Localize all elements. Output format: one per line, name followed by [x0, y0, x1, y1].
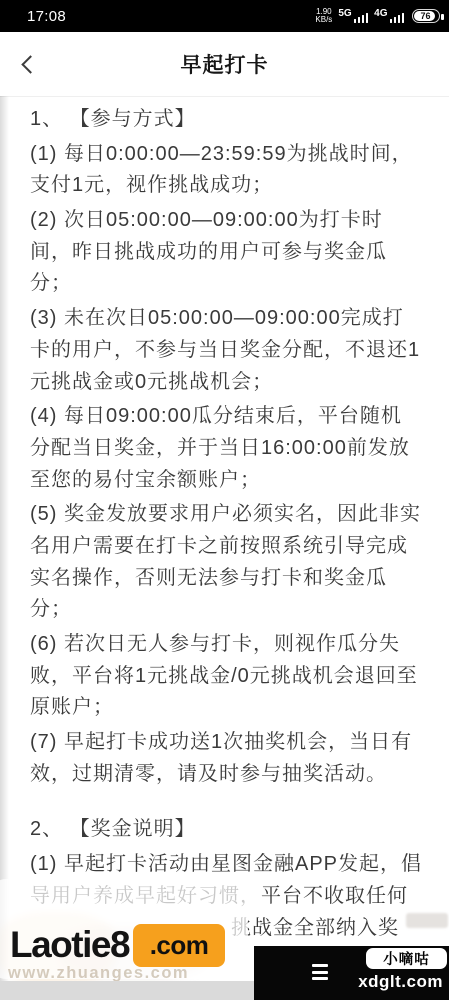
signal-bar — [390, 19, 393, 23]
text-line: 支付1元，视作挑战成功； — [30, 170, 430, 202]
battery-icon: 76 — [412, 9, 440, 23]
signal-bar — [358, 17, 361, 23]
rules-section: 1、 【参与方式】(1) 每日0:00:00—23:59:59为挑战时间，支付1… — [30, 104, 430, 790]
signal-bar — [394, 17, 397, 23]
text-line: 间，昨日挑战成功的用户可参与奖金瓜 — [30, 237, 430, 269]
text-line: 至您的易付宝余额账户； — [30, 465, 430, 497]
xiaodigu-name-bubble: 小嘀咕 — [366, 948, 447, 969]
hamburger-bar — [312, 964, 328, 967]
text-line: 元挑战金或0元挑战机会； — [30, 367, 430, 399]
text-line: (2) 次日05:00:00—09:00:00为打卡时 — [30, 205, 430, 237]
sim2-signal: 4G — [374, 8, 404, 25]
text-line: (7) 早起打卡成功送1次抽奖机会，当日有 — [30, 727, 430, 759]
status-icons: 1.90 KB/s 5G 4G — [315, 8, 440, 25]
laotie8-com-badge: .com — [133, 924, 225, 967]
screenshot-frame: 17:08 1.90 KB/s 5G 4G — [0, 0, 449, 1000]
paragraph: (4) 每日09:00:00瓜分结束后，平台随机分配当日奖金，并于当日16:00… — [30, 401, 430, 496]
text-line: 效，过期清零，请及时参与抽奖活动。 — [30, 759, 430, 791]
text-line: 实名操作，否则无法参与打卡和奖金瓜 — [30, 563, 430, 595]
text-line: (4) 每日09:00:00瓜分结束后，平台随机 — [30, 401, 430, 433]
divider — [0, 96, 449, 97]
paragraph: (3) 未在次日05:00:00—09:00:00完成打卡的用户，不参与当日奖金… — [30, 303, 430, 398]
clock: 17:08 — [27, 8, 66, 25]
text-line: 分； — [30, 594, 430, 626]
hamburger-bar — [312, 977, 328, 980]
signal-bars-icon — [354, 13, 369, 25]
signal-bar — [398, 15, 401, 23]
signal-bar — [366, 13, 369, 23]
text-line: (3) 未在次日05:00:00—09:00:00完成打 — [30, 303, 430, 335]
laotie8-com-label: .com — [150, 930, 209, 961]
text-line: 原账户； — [30, 692, 430, 724]
battery-nub — [441, 14, 444, 20]
paragraph: (6) 若次日无人参与打卡，则视作瓜分失败，平台将1元挑战金/0元挑战机会退回至… — [30, 629, 430, 724]
text-line: 名用户需要在打卡之前按照系统引导完成 — [30, 531, 430, 563]
text-line: 分配当日奖金，并于当日16:00:00前发放 — [30, 433, 430, 465]
text-line: (6) 若次日无人参与打卡，则视作瓜分失 — [30, 629, 430, 661]
laotie8-logo-text: Laotie8 — [10, 922, 129, 968]
paragraph: (2) 次日05:00:00—09:00:00为打卡时间，昨日挑战成功的用户可参… — [30, 205, 430, 300]
rules-text: 1、 【参与方式】(1) 每日0:00:00—23:59:59为挑战时间，支付1… — [30, 104, 430, 944]
battery-percent: 76 — [413, 10, 438, 21]
network-speed-indicator: 1.90 KB/s — [315, 8, 332, 25]
section-heading: 1、 【参与方式】 — [30, 104, 430, 136]
text-line: 败，平台将1元挑战金/0元挑战机会退回至 — [30, 661, 430, 693]
text-line: 分； — [30, 268, 430, 300]
signal-bars-icon — [390, 13, 405, 25]
bottom-gray-band — [0, 981, 254, 1000]
sim1-signal: 5G — [338, 8, 368, 25]
text-line: (1) 每日0:00:00—23:59:59为挑战时间， — [30, 139, 430, 171]
sim2-network-type: 4G — [374, 8, 387, 19]
text-line: (5) 奖金发放要求用户必须实名，因此非实 — [30, 499, 430, 531]
sim1-network-type: 5G — [338, 8, 351, 19]
section-heading: 2、 【奖金说明】 — [30, 814, 430, 846]
status-bar: 17:08 1.90 KB/s 5G 4G — [0, 0, 449, 32]
page-title: 早起打卡 — [0, 32, 449, 96]
signal-bar — [354, 19, 357, 23]
xiaodigu-site-label: xdglt.com — [358, 972, 443, 992]
hamburger-icon — [312, 964, 328, 984]
paragraph: (7) 早起打卡成功送1次抽奖机会，当日有效，过期清零，请及时参与抽奖活动。 — [30, 727, 430, 790]
network-speed-unit: KB/s — [315, 16, 332, 25]
paragraph: (5) 奖金发放要求用户必须实名，因此非实名用户需要在打卡之前按照系统引导完成实… — [30, 499, 430, 626]
text-line: 卡的用户，不参与当日奖金分配，不退还1 — [30, 335, 430, 367]
paragraph: (1) 每日0:00:00—23:59:59为挑战时间，支付1元，视作挑战成功； — [30, 139, 430, 202]
laotie8-watermark: Laotie8 .com — [10, 922, 225, 968]
signal-bar — [402, 13, 405, 23]
left-edge-shadow — [0, 96, 9, 1000]
signal-bar — [362, 15, 365, 23]
watermark-smudge — [406, 913, 448, 928]
xiaodigu-watermark: 小嘀咕 xdglt.com — [254, 946, 449, 1000]
text-line: (1) 早起打卡活动由星图金融APP发起，倡 — [30, 849, 430, 881]
nav-bar: 早起打卡 — [0, 32, 449, 96]
hamburger-bar — [312, 971, 328, 974]
